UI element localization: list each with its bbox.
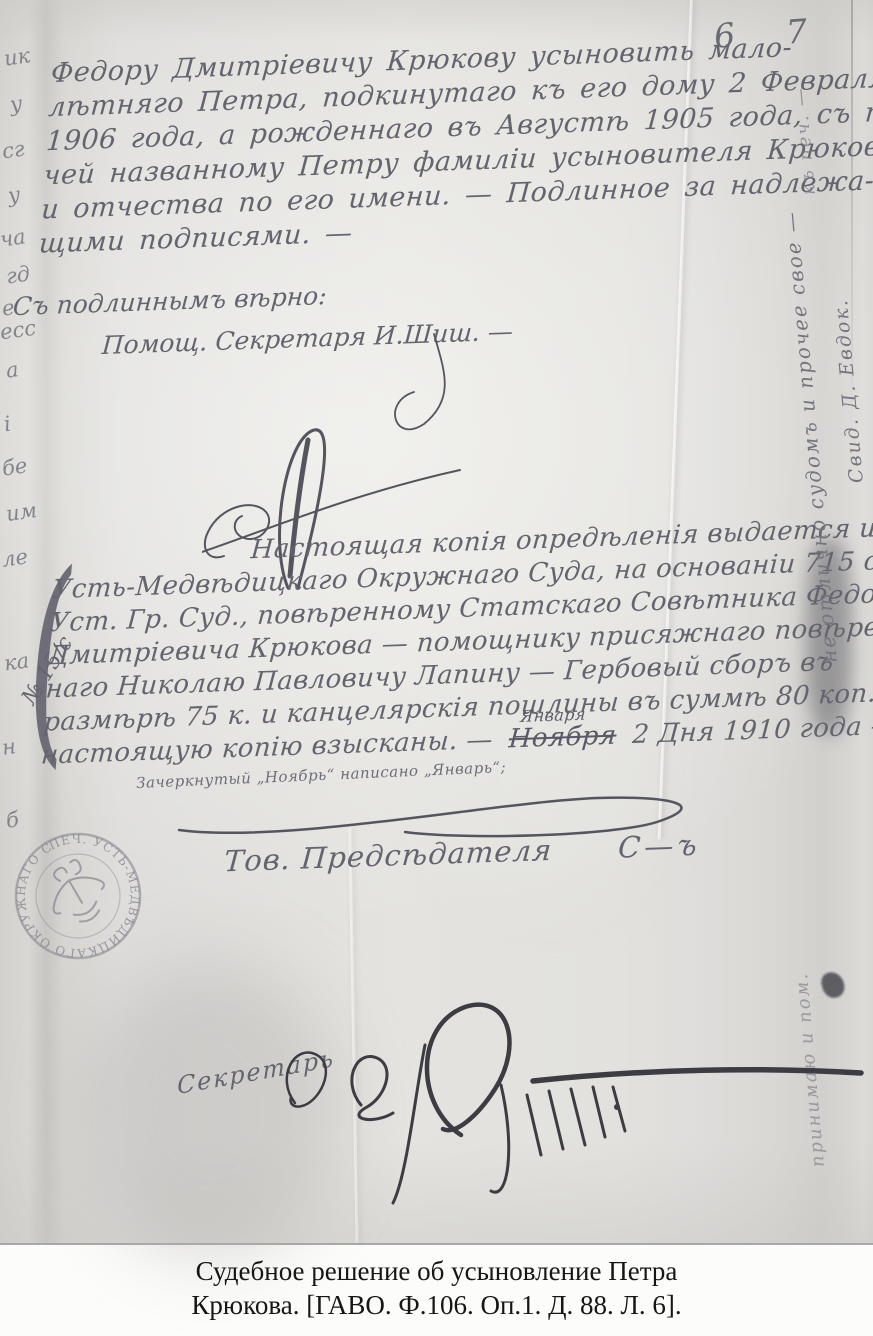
left-edge-fragment: б: [4, 807, 20, 833]
issuing-note-paragraph: Настоящая копія опредѣленія выдается изъ…: [40, 512, 873, 774]
left-edge-fragment: у: [6, 182, 21, 207]
chairman-signature: С—ъ: [617, 828, 702, 865]
margin-annotation: Свид. Д. Евдок.: [830, 298, 868, 484]
left-edge-fragment: і: [2, 412, 12, 437]
caption-line-2: Крюкова. [ГАВО. Ф.106. Оп.1. Д. 88. Л. 6…: [0, 1288, 873, 1322]
left-edge-fragment: сг: [0, 137, 25, 164]
struck-month: НоябряЯнваря: [508, 721, 618, 755]
left-edge-fragment: н: [0, 734, 17, 760]
left-edge-fragment: ик: [2, 43, 31, 70]
secretary-signature: [265, 985, 865, 1225]
left-edge-fragment: бе: [0, 453, 28, 480]
left-edge-fragment: ча: [0, 224, 27, 251]
archival-photo: ик у сг у ча гд е есс а і бе им ле ка н …: [0, 0, 873, 1245]
double-headed-eagle-icon: [37, 853, 116, 933]
book-page: ик у сг у ча гд е есс а і бе им ле ка н …: [0, 0, 873, 1336]
caption-line-1: Судебное решение об усыновление Петра: [0, 1254, 873, 1288]
left-edge-fragment: у: [8, 91, 23, 116]
left-edge-fragment: гд: [4, 261, 31, 288]
correction-month: Января: [520, 705, 587, 726]
ruling-paragraph: Федору Дмитріевичу Крюкову усыновить мал…: [38, 25, 873, 262]
left-edge-fragment: ка: [2, 648, 30, 675]
left-edge-fragment: им: [4, 498, 38, 526]
court-seal: ПЕЧ. УСТЬ-МЕДВѢДИЦКАГО ОКРУЖНАГО СУДА: [0, 800, 174, 991]
figure-caption: Судебное решение об усыновление Петра Кр…: [0, 1254, 873, 1322]
